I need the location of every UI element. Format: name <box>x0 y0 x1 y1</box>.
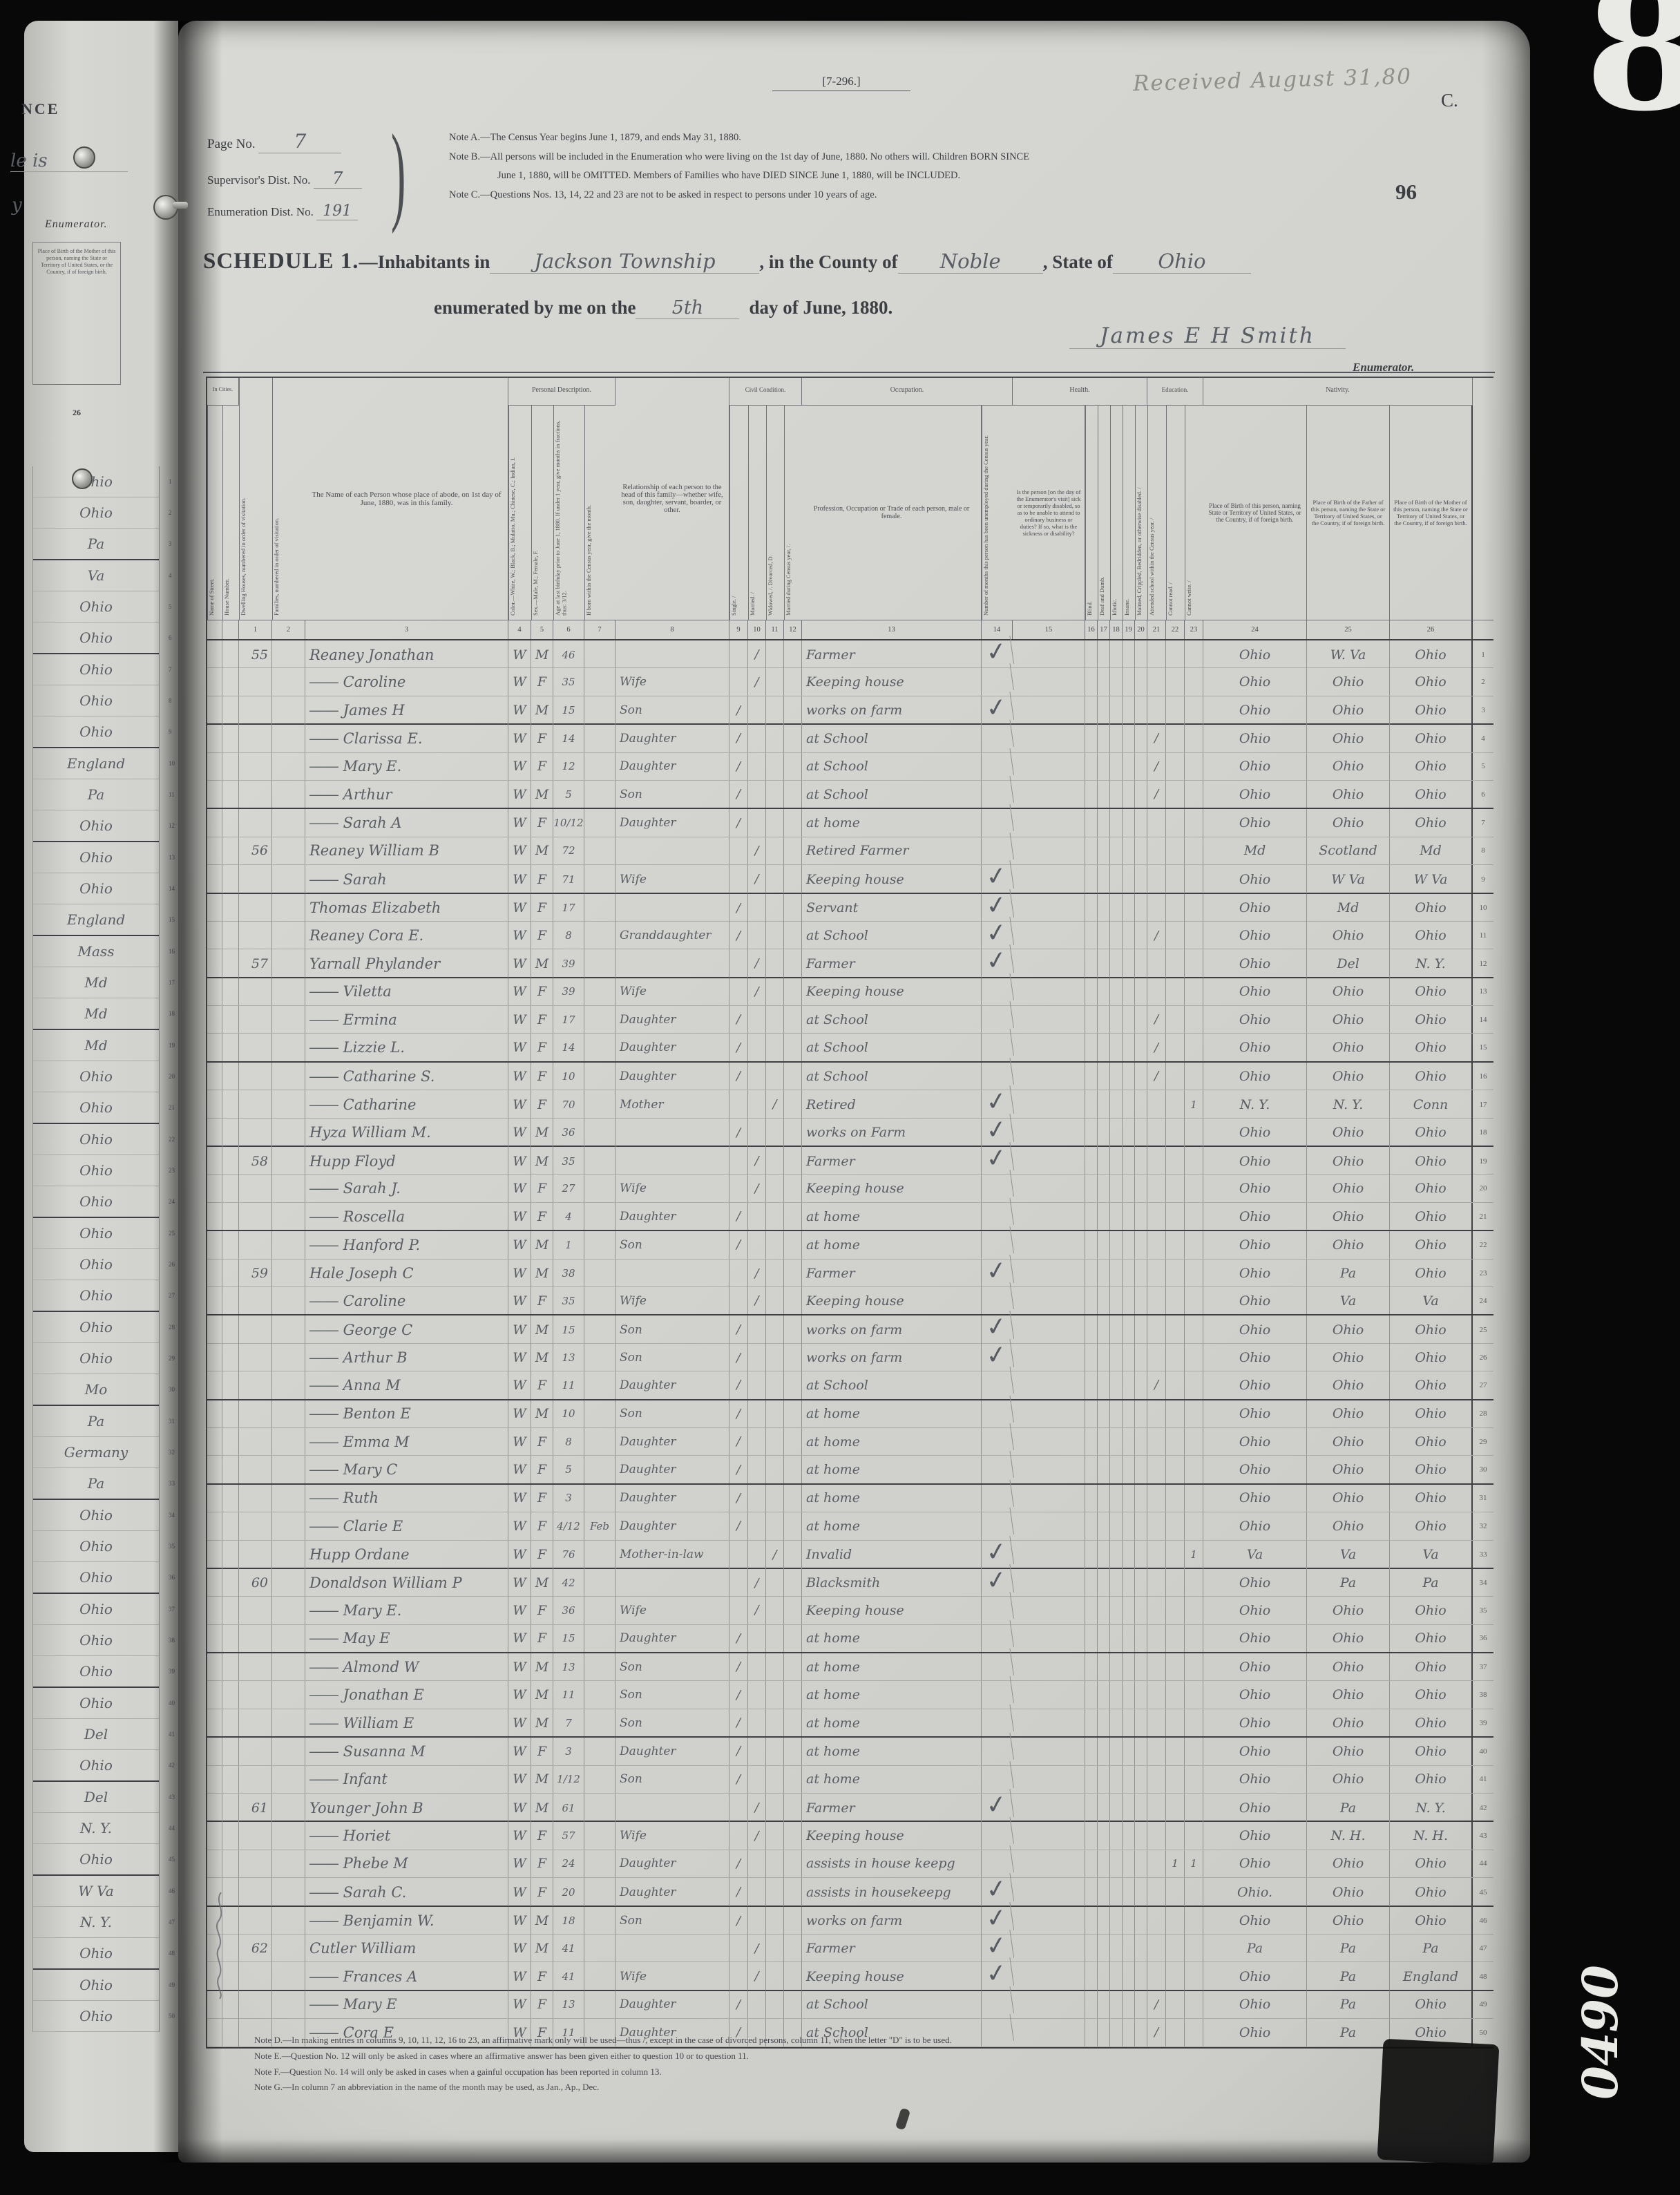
prev-page-script-fragment: le is <box>10 151 128 172</box>
column-number: 15 <box>1013 620 1085 639</box>
table-row: ―― ArthurWM5Son/at School/OhioOhioOhio6 <box>207 781 1493 809</box>
enumeration-label: Enumeration Dist. No. <box>207 205 314 218</box>
col-married: Married. / <box>748 406 766 620</box>
col-blind: Blind. <box>1085 406 1098 620</box>
table-row: ―― George CWM15Son/works on farm✓OhioOhi… <box>207 1315 1493 1343</box>
list-item: Ohio14 <box>33 873 159 904</box>
col-name: The Name of each Person whose place of a… <box>305 378 508 620</box>
row-number-margin <box>1473 378 1493 620</box>
column-number: 24 <box>1203 620 1307 639</box>
received-stamp: Received August 31,80 <box>1133 64 1413 97</box>
census-page: [7-296.] Received August 31,80 C. 96 Pag… <box>178 21 1530 2163</box>
column-number: 4 <box>508 620 531 639</box>
list-item: Ohio25 <box>33 1218 159 1249</box>
list-item: Ohio42 <box>33 1750 159 1782</box>
table-row: ―― James HWM15Son/works on farm✓OhioOhio… <box>207 696 1493 725</box>
col-age: Age at last birthday prior to June 1, 18… <box>553 406 584 620</box>
column-number: 8 <box>615 620 729 639</box>
group-nativity: Nativity. <box>1203 378 1473 406</box>
place-value: Jackson Township <box>490 249 759 274</box>
col-birthplace-father: Place of Birth of the Father of this per… <box>1307 406 1390 620</box>
note-b1: Note B.—All persons will be included in … <box>449 149 1430 164</box>
list-item: Ohio35 <box>33 1531 159 1562</box>
district-block: Page No. 7 Supervisor's Dist. No. 7 Enum… <box>207 130 414 220</box>
table-row: ―― Frances AWF41Wife/Keeping house✓OhioP… <box>207 1962 1493 1990</box>
column-number: 21 <box>1147 620 1166 639</box>
list-item: Ohio9 <box>33 716 159 748</box>
list-item: Ohio8 <box>33 685 159 716</box>
schedule-title: SCHEDULE 1. —Inhabitants in Jackson Town… <box>203 249 1447 274</box>
note-a: Note A.—The Census Year begins June 1, 1… <box>449 130 1430 145</box>
county-prefix: , in the County of <box>759 251 897 273</box>
note-g: Note G.—In column 7 an abbreviation in t… <box>254 2080 1429 2096</box>
col-birthplace-person: Place of Birth of this person, naming St… <box>1203 406 1307 620</box>
scan-artifact-mark <box>895 2108 911 2131</box>
column-number <box>1473 620 1493 639</box>
list-item: Pa11 <box>33 779 159 810</box>
list-item: Ohio24 <box>33 1186 159 1218</box>
table-row: Reaney Cora E.WF8Granddaughter/at School… <box>207 922 1493 949</box>
list-item: Va4 <box>33 560 159 591</box>
scan-artifact-blob <box>1377 2039 1500 2166</box>
list-item: N. Y.44 <box>33 1813 159 1844</box>
list-item: Ohio38 <box>33 1625 159 1656</box>
group-occupation: Occupation. <box>802 378 1013 406</box>
previous-page-strip: NCE le is y Enumerator. Place of Birth o… <box>24 21 178 2152</box>
note-b2: June 1, 1880, will be OMITTED. Members o… <box>497 168 1430 183</box>
list-item: Ohio36 <box>33 1562 159 1594</box>
column-number: 26 <box>1390 620 1473 639</box>
page-no-value: 7 <box>258 130 341 153</box>
table-row: ―― ErminaWF17Daughter/at School/OhioOhio… <box>207 1006 1493 1034</box>
group-in-cities: In Cities. <box>207 378 239 406</box>
col-family: Families, numbered in order of visitatio… <box>272 378 305 620</box>
table-row: ―― Benton EWM10Son/at homeOhioOhioOhio28 <box>207 1400 1493 1428</box>
table-row: ―― Susanna MWF3Daughter/at homeOhioOhioO… <box>207 1738 1493 1765</box>
col-house-number: House Number. <box>222 406 239 620</box>
footer-notes: Note D.—In making entries in columns 9, … <box>254 2033 1429 2096</box>
list-item: Ohio20 <box>33 1061 159 1092</box>
column-number: 10 <box>748 620 766 639</box>
table-header: In Cities. Name of Street. House Number.… <box>207 377 1493 640</box>
list-item: Ohio37 <box>33 1594 159 1625</box>
prev-page-values: Ohio1Ohio2Pa3Va4Ohio5Ohio6Ohio7Ohio8Ohio… <box>32 466 160 2032</box>
list-item: N. Y.47 <box>33 1907 159 1938</box>
list-item: Ohio48 <box>33 1938 159 1970</box>
list-item: Del41 <box>33 1719 159 1750</box>
table-row: ―― Almond WWM13Son/at homeOhioOhioOhio37 <box>207 1653 1493 1681</box>
list-item: W Va46 <box>33 1876 159 1907</box>
col-widowed: Widowed, /. Divorced, D. <box>766 406 784 620</box>
list-item: Ohio26 <box>33 1249 159 1280</box>
col-month-born: If born within the Census year, give the… <box>584 406 615 620</box>
table-row: Hupp OrdaneWF76Mother-in-law/Invalid✓1Va… <box>207 1541 1493 1569</box>
col-dwelling: Dwelling Houses, numbered in order of vi… <box>239 378 272 620</box>
prev-page-col26-header: Place of Birth of the Mother of this per… <box>32 242 121 385</box>
column-number <box>222 620 239 639</box>
column-number: 18 <box>1110 620 1123 639</box>
col-birthplace-mother: Place of Birth of the Mother of this per… <box>1390 406 1473 620</box>
enumerated-prefix: enumerated by me on the <box>434 297 636 319</box>
note-c: Note C.—Questions Nos. 13, 14, 22 and 23… <box>449 187 1430 202</box>
note-d: Note D.—In making entries in columns 9, … <box>254 2033 1429 2049</box>
column-number: 12 <box>784 620 802 639</box>
list-item: Ohio21 <box>33 1092 159 1124</box>
table-row: ―― CatharineWF70Mother/Retired✓1N. Y.N. … <box>207 1090 1493 1118</box>
enumeration-value: 191 <box>316 202 358 220</box>
list-item: Ohio27 <box>33 1280 159 1312</box>
list-item: Ohio22 <box>33 1124 159 1155</box>
column-number: 19 <box>1123 620 1135 639</box>
state-prefix: , State of <box>1043 251 1113 273</box>
col-single: Single. / <box>729 406 748 620</box>
table-top-rule <box>203 372 1495 373</box>
list-item: Ohio50 <box>33 2001 159 2032</box>
census-scan: { "frame": { "received_stamp": "Received… <box>0 0 1680 2195</box>
inhabitants-prefix: —Inhabitants in <box>359 251 490 273</box>
list-item: Ohio2 <box>33 497 159 529</box>
column-number: 16 <box>1085 620 1098 639</box>
schedule-title-line2: enumerated by me on the 5th day of June,… <box>434 297 892 319</box>
note-f: Note F.—Question No. 14 will only be ask… <box>254 2064 1429 2080</box>
enumerator-signature: James E H Smith <box>1069 323 1346 349</box>
col-deaf-dumb: Deaf and Dumb. <box>1098 406 1110 620</box>
list-item: Ohio7 <box>33 654 159 685</box>
table-row: 55Reaney JonathanWM46/Farmer✓OhioW. VaOh… <box>207 640 1493 668</box>
table-row: ―― SarahWF71Wife/Keeping house✓OhioW VaW… <box>207 865 1493 893</box>
table-row: 58Hupp FloydWM35/Farmer✓OhioOhioOhio19 <box>207 1147 1493 1175</box>
col-cannot-write: Cannot write. / <box>1185 406 1203 620</box>
table-row: 60Donaldson William PWM42/Blacksmith✓Ohi… <box>207 1569 1493 1597</box>
binding-post-icon <box>72 468 93 489</box>
col-sickness: Is the person [on the day of the Enumera… <box>1013 406 1085 620</box>
list-item: Md18 <box>33 998 159 1030</box>
list-item: Ohio39 <box>33 1656 159 1688</box>
table-row: Hyza William M.WM36/works on Farm✓OhioOh… <box>207 1119 1493 1147</box>
column-number: 25 <box>1307 620 1390 639</box>
binding-post-icon <box>73 146 95 169</box>
col-attended-school: Attended school within the Census year. … <box>1147 406 1166 620</box>
list-item: Ohio23 <box>33 1155 159 1186</box>
list-item: England10 <box>33 748 159 779</box>
list-item: Del43 <box>33 1782 159 1813</box>
table-row: 56Reaney William BWM72/Retired FarmerMdS… <box>207 837 1493 865</box>
prev-page-script-fragment-2: y <box>12 195 22 216</box>
col-relationship: Relationship of each person to the head … <box>615 378 729 620</box>
enumerated-suffix: day of June, 1880. <box>749 297 892 319</box>
table-row: ―― Lizzie L.WF14Daughter/at School/OhioO… <box>207 1034 1493 1062</box>
list-item: Ohio1 <box>33 466 159 497</box>
column-number: 1 <box>239 620 272 639</box>
column-number: 6 <box>553 620 584 639</box>
district-brace: ) <box>391 109 405 237</box>
table-row: ―― Sarah J.WF27Wife/Keeping houseOhioOhi… <box>207 1175 1493 1202</box>
binding-pin-icon <box>173 202 188 209</box>
column-number: 2 <box>272 620 305 639</box>
day-value: 5th <box>636 297 739 319</box>
schedule-label: SCHEDULE 1. <box>203 249 359 274</box>
prev-page-col26-number: 26 <box>32 408 121 418</box>
column-number: 13 <box>802 620 982 639</box>
page-no-label: Page No. <box>207 137 256 151</box>
table-row: ―― May EWF15Daughter/at homeOhioOhioOhio… <box>207 1625 1493 1653</box>
list-item: Pa3 <box>33 529 159 560</box>
table-row: ―― William EWM7Son/at homeOhioOhioOhio39 <box>207 1709 1493 1738</box>
table-row: ―― Phebe MWF24Daughter/assists in house … <box>207 1850 1493 1878</box>
form-code: [7-296.] <box>772 75 910 91</box>
col-color: Color.—White, W.; Black, B.; Mulatto, Mu… <box>508 406 531 620</box>
col-insane: Insane. <box>1123 406 1135 620</box>
column-number: 9 <box>729 620 748 639</box>
list-item: Mo30 <box>33 1374 159 1406</box>
column-number: 23 <box>1185 620 1203 639</box>
header-notes: Note A.—The Census Year begins June 1, 1… <box>449 130 1430 203</box>
table-row: ―― Mary E.WF12Daughter/at School/OhioOhi… <box>207 753 1493 781</box>
census-rows: 55Reaney JonathanWM46/Farmer✓OhioW. VaOh… <box>207 640 1493 2049</box>
table-row: Thomas ElizabethWF17/Servant✓OhioMdOhio1… <box>207 894 1493 922</box>
table-row: ―― Benjamin W.WM18Son/works on farm✓Ohio… <box>207 1907 1493 1935</box>
film-edge-top-mark: 8 <box>1585 0 1680 149</box>
list-item: Ohio34 <box>33 1500 159 1531</box>
table-row: ―― Hanford P.WM1Son/at homeOhioOhioOhio2… <box>207 1231 1493 1259</box>
state-value: Ohio <box>1113 249 1251 274</box>
page-bottom-shadow <box>178 2139 1530 2163</box>
list-item: Ohio49 <box>33 1970 159 2001</box>
film-edge-bottom-mark: 0490 <box>1572 1965 1629 2100</box>
col-profession: Profession, Occupation or Trade of each … <box>802 406 982 620</box>
table-row: ―― Mary E.WF36Wife/Keeping houseOhioOhio… <box>207 1597 1493 1624</box>
list-item: Ohio5 <box>33 591 159 623</box>
corner-letter: C. <box>1441 90 1458 111</box>
column-number: 11 <box>766 620 784 639</box>
list-item: Ohio29 <box>33 1343 159 1374</box>
table-row: ―― VilettaWF39Wife/Keeping houseOhioOhio… <box>207 978 1493 1006</box>
table-row: ―― CarolineWF35Wife/Keeping houseOhioVaV… <box>207 1287 1493 1315</box>
col-sex: Sex.—Male, M.; Female, F. <box>531 406 553 620</box>
list-item: Pa31 <box>33 1406 159 1437</box>
census-table: In Cities. Name of Street. House Number.… <box>206 377 1493 2049</box>
table-row: ―― Sarah C.WF20Daughter/assists in house… <box>207 1878 1493 1906</box>
list-item: Mass16 <box>33 936 159 967</box>
list-item: Ohio12 <box>33 810 159 842</box>
list-item: Ohio28 <box>33 1312 159 1343</box>
table-row: ―― Emma MWF8Daughter/at homeOhioOhioOhio… <box>207 1428 1493 1456</box>
table-row: ―― Clarie EWF4/12FebDaughter/at homeOhio… <box>207 1512 1493 1540</box>
table-row: ―― RuthWF3Daughter/at homeOhioOhioOhio31 <box>207 1485 1493 1512</box>
table-row: 62Cutler WilliamWM41/Farmer✓PaPaPa47 <box>207 1935 1493 1962</box>
table-row: 57Yarnall PhylanderWM39/Farmer✓OhioDelN.… <box>207 949 1493 978</box>
column-number <box>207 620 222 639</box>
table-row: ―― RoscellaWF4Daughter/at homeOhioOhioOh… <box>207 1203 1493 1231</box>
group-civil: Civil Condition. <box>729 378 802 406</box>
list-item: Md17 <box>33 967 159 998</box>
table-row: ―― InfantWM1/12Son/at homeOhioOhioOhio41 <box>207 1766 1493 1794</box>
col-cannot-read: Cannot read. / <box>1166 406 1185 620</box>
note-e: Note E.—Question No. 12 will only be ask… <box>254 2049 1429 2064</box>
group-health: Health. <box>1013 378 1147 406</box>
list-item: England15 <box>33 904 159 936</box>
list-item: Pa33 <box>33 1468 159 1500</box>
column-number: 17 <box>1098 620 1110 639</box>
column-number: 5 <box>531 620 553 639</box>
column-number: 22 <box>1166 620 1185 639</box>
prev-page-fragment: NCE <box>21 100 59 118</box>
table-row: ―― Catharine S.WF10Daughter/at School/Oh… <box>207 1063 1493 1090</box>
list-item: Ohio13 <box>33 842 159 873</box>
column-number: 7 <box>584 620 615 639</box>
column-number: 3 <box>305 620 508 639</box>
column-number: 20 <box>1135 620 1147 639</box>
table-row: ―― Mary CWF5Daughter/at homeOhioOhioOhio… <box>207 1456 1493 1484</box>
table-row: ―― Sarah AWF10/12Daughter/at homeOhioOhi… <box>207 809 1493 837</box>
list-item: Ohio40 <box>33 1688 159 1719</box>
table-row: ―― HorietWF57Wife/Keeping houseOhioN. H.… <box>207 1822 1493 1850</box>
table-row: ―― Anna MWF11Daughter/at School/OhioOhio… <box>207 1371 1493 1400</box>
list-item: Ohio6 <box>33 623 159 654</box>
col-married-census-year: Married during Census year, /. <box>784 406 802 620</box>
table-row: 61Younger John BWM61/Farmer✓OhioPaN. Y.4… <box>207 1794 1493 1822</box>
table-row: ―― Mary EWF13Daughter/at School/OhioPaOh… <box>207 1991 1493 2019</box>
prev-page-enumerator-label: Enumerator. <box>45 218 108 231</box>
table-row: ―― Jonathan EWM11Son/at homeOhioOhioOhio… <box>207 1681 1493 1709</box>
supervisor-value: 7 <box>314 169 362 189</box>
list-item: Ohio45 <box>33 1844 159 1876</box>
col-idiotic: Idiotic. <box>1110 406 1123 620</box>
table-row: 59Hale Joseph CWM38/Farmer✓OhioPaOhio23 <box>207 1260 1493 1287</box>
supervisor-label: Supervisor's Dist. No. <box>207 173 310 187</box>
street-column-squiggle <box>211 1890 229 2000</box>
table-row: ―― Clarissa E.WF14Daughter/at School/Ohi… <box>207 725 1493 752</box>
table-row: ―― CarolineWF35Wife/Keeping houseOhioOhi… <box>207 668 1493 696</box>
col-street-name: Name of Street. <box>207 406 222 620</box>
col-months-unemployed: Number of months this person has been un… <box>982 406 1013 620</box>
table-row: ―― Arthur BWM13Son/works on farm✓OhioOhi… <box>207 1344 1493 1371</box>
group-personal: Personal Description. <box>508 378 615 406</box>
county-value: Noble <box>898 249 1043 274</box>
col-maimed: Maimed, Crippled, Bedridden, or otherwis… <box>1135 406 1147 620</box>
group-education: Education. <box>1147 378 1203 406</box>
list-item: Md19 <box>33 1030 159 1061</box>
list-item: Germany32 <box>33 1437 159 1468</box>
